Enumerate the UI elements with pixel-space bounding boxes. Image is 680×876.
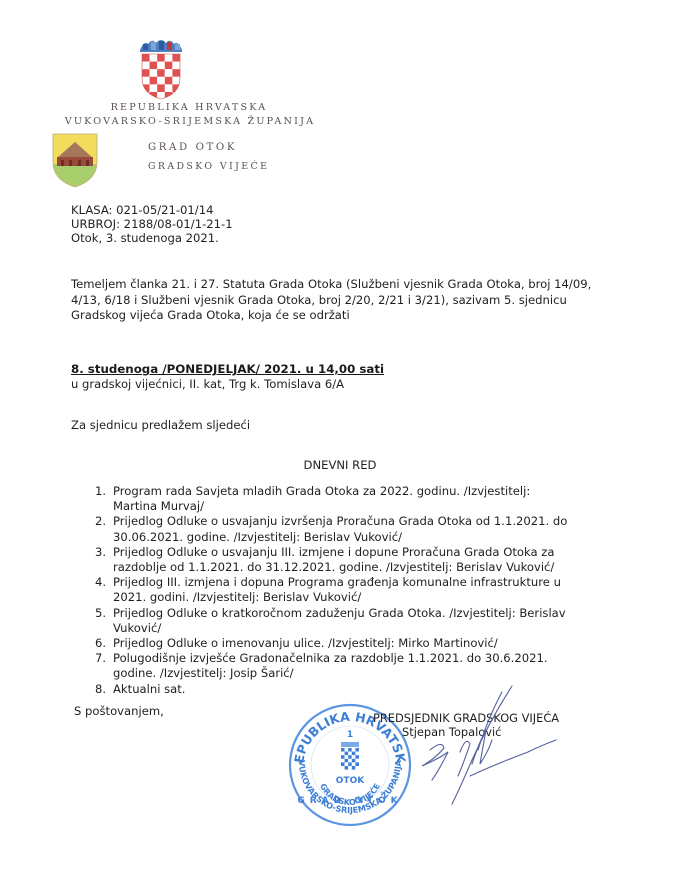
closing: S poštovanjem,	[74, 704, 164, 720]
agenda-item-number: 8.	[90, 682, 106, 697]
agenda-item-text: Prijedlog Odluke o usvajanju izvršenja P…	[113, 514, 567, 543]
klasa: KLASA: 021-05/21-01/14	[71, 203, 213, 217]
agenda-item-number: 7.	[90, 651, 106, 666]
svg-text:1: 1	[347, 730, 353, 740]
urbroj: URBROJ: 2188/08-01/1-21-1	[71, 217, 233, 231]
agenda-item-number: 3.	[90, 545, 106, 560]
agenda-item-text: Prijedlog III. izmjena i dopuna Programa…	[113, 575, 561, 604]
svg-text:GRAD OTOK: GRAD OTOK	[297, 796, 402, 806]
agenda-item: 1.Program rada Savjeta mladih Grada Otok…	[90, 484, 578, 514]
header-county: VUKOVARSKO-SRIJEMSKA ŽUPANIJA	[42, 116, 338, 127]
handwritten-signature	[400, 680, 560, 810]
agenda-item: 2.Prijedlog Odluke o usvajanju izvršenja…	[90, 514, 578, 544]
header-republic: REPUBLIKA HRVATSKA	[89, 102, 289, 113]
header-town: GRAD OTOK	[148, 142, 237, 153]
intro-paragraph: Temeljem članka 21. i 27. Statuta Grada …	[71, 277, 619, 324]
svg-text:OTOK: OTOK	[336, 776, 365, 786]
agenda-item: 3.Prijedlog Odluke o usvajanju III. izmj…	[90, 545, 578, 575]
agenda-title: DNEVNI RED	[0, 458, 680, 474]
agenda-list: 1.Program rada Savjeta mladih Grada Otok…	[90, 484, 578, 697]
agenda-item-text: Prijedlog Odluke o imenovanju ulice. /Iz…	[113, 636, 498, 650]
croatian-coat-of-arms-icon	[138, 38, 184, 100]
agenda-item-text: Polugodišnje izvješće Gradonačelnika za …	[113, 651, 548, 680]
agenda-item: 5.Prijedlog Odluke o kratkoročnom zaduže…	[90, 606, 578, 636]
agenda-item-number: 6.	[90, 636, 106, 651]
agenda-item: 7.Polugodišnje izvješće Gradonačelnika z…	[90, 651, 578, 681]
agenda-item-number: 1.	[90, 484, 106, 499]
agenda-item: 4.Prijedlog III. izmjena i dopuna Progra…	[90, 575, 578, 605]
agenda-item-number: 4.	[90, 575, 106, 590]
proposal-intro: Za sjednicu predlažem sljedeći	[71, 418, 250, 434]
otok-coat-of-arms-icon	[51, 132, 99, 188]
place-date: Otok, 3. studenoga 2021.	[71, 231, 219, 245]
agenda-item-text: Prijedlog Odluke o usvajanju III. izmjen…	[113, 545, 554, 574]
agenda-item: 6.Prijedlog Odluke o imenovanju ulice. /…	[90, 636, 578, 651]
header-council: GRADSKO VIJEĆE	[148, 161, 269, 172]
agenda-item-number: 2.	[90, 514, 106, 529]
agenda-item-text: Aktualni sat.	[113, 682, 186, 696]
agenda-item-number: 5.	[90, 606, 106, 621]
session-location: u gradskoj vijećnici, II. kat, Trg k. To…	[71, 377, 344, 393]
agenda-item-text: Prijedlog Odluke o kratkoročnom zaduženj…	[113, 606, 566, 635]
agenda-item-text: Program rada Savjeta mladih Grada Otoka …	[113, 484, 530, 513]
session-datetime: 8. studenoga /PONEDJELJAK/ 2021. u 14,00…	[71, 362, 384, 376]
